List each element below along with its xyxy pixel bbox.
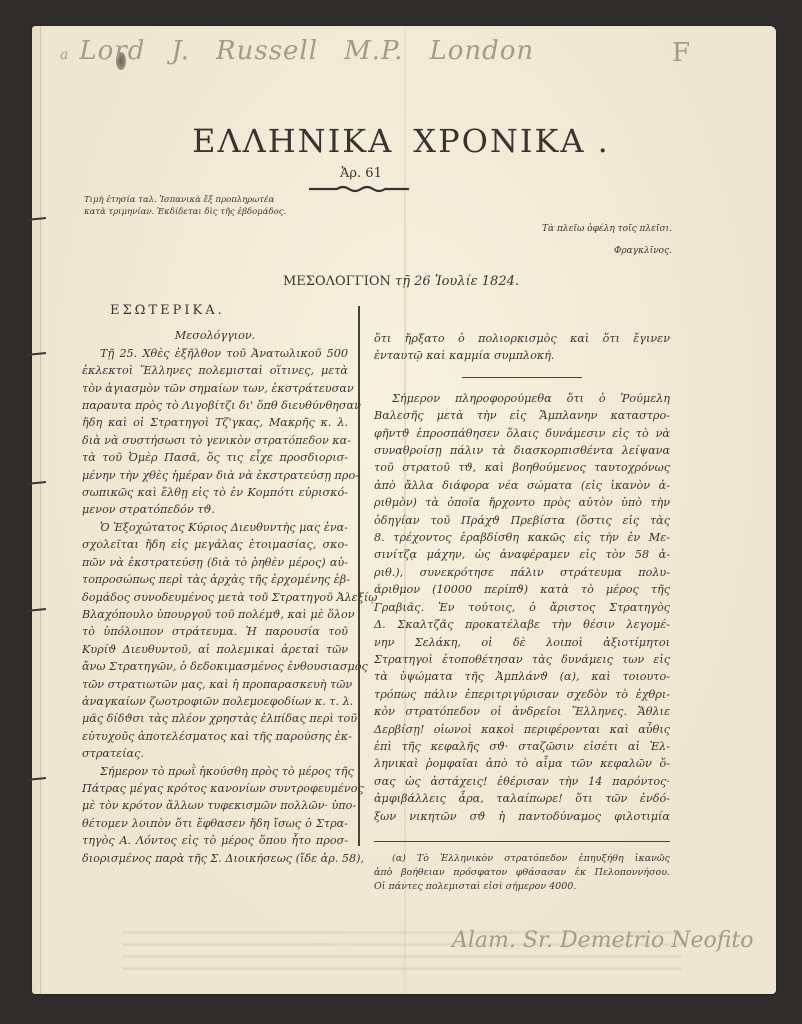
text-line: ἐκλεκτοὶ Ἕλληνες πολεμισταὶ οἵτινες, μετ… — [82, 362, 348, 379]
text-line: ἀναγκαίων ζωοτροφιῶν πολεμοεφοδίων κ. τ.… — [82, 693, 348, 710]
footnote-line: Οἱ πάντες πολεμισταὶ εἰσὶ σήμερον 4000. — [374, 880, 670, 894]
price-line: Τιμὴ ἐτησία ταλ. Ἰσπανικὰ ἕξ προπληρωτέα — [84, 194, 286, 206]
hw-word: J. — [171, 36, 190, 66]
text-line: Σήμερον τὸ πρωῒ ἠκούσθη πρὸς τὸ μέρος τῆ… — [82, 763, 348, 780]
text-line: ριθμὸν) τὰ ὁποῖα ἤρχοντο πρὸς αὐτὸν ὑπὸ … — [374, 494, 670, 511]
hw-word: Lord — [79, 36, 145, 66]
text-line: Γραβιᾶς. Ἐν τούτοις, ὁ ἄριστος Στρατηγὸς — [374, 599, 670, 616]
text-line: Πάτρας μέγας κρότος κανονίων συντροφευμέ… — [82, 780, 348, 797]
text-line: παραυτα πρὸς τὸ Λιγοβίτζι δι' ὅπθ διευθύ… — [82, 397, 348, 414]
text-line: Στρατηγοὶ ἐτοποθέτησαν τὰς δυνάμεις των … — [374, 651, 670, 668]
text-line: άριθμον (10000 περίπϑ) κατὰ τὸ μέρος τῆς — [374, 581, 670, 598]
text-line: ὁδηγίαν τοῦ Πράχϑ Πρεβίστα (ὅστις εἰς τὰ… — [374, 512, 670, 529]
motto: Τὰ πλεῖω ὀφέλη τοῖς πλεῖσι. Φραγκλῖνος. — [542, 218, 672, 262]
text-line: συναθροίσῃ πάλιν τὰ διασκορπισθέντα λείψ… — [374, 442, 670, 459]
text-line: ἐπὶ τῆς κεφαλῆς σϑ· σταζῶσιν εἰσέτι αἱ Ἑ… — [374, 738, 670, 755]
text-line: σινίτζᾳ μάχην, ὡς ἀναφέραμεν εἰς τὸν 58 … — [374, 546, 670, 563]
text-line: Βλαχόπουλο ὑπουργοῦ τοῦ πολέμϑ, καὶ μὲ ὅ… — [82, 606, 348, 623]
text-line: Σήμερον πληροφορούμεθα ὅτι ὁ Ῥούμελη — [374, 390, 670, 407]
text-line: τῶν στρατιωτῶν μας, καὶ ἡ προπαρασκευὴ τ… — [82, 676, 348, 693]
subheading: Μεσολόγγιον. — [82, 327, 348, 344]
text-line: στρατείας. — [82, 745, 348, 762]
column-rule — [358, 306, 360, 846]
text-line: πῶν νὰ ἐκστρατεύσῃ (διὰ τὸ ῥηθὲν μέρος) … — [82, 554, 348, 571]
text-line: 8. τρέχοντος ἐραβδίσθη κακῶς εἰς τὴν ἐν … — [374, 529, 670, 546]
text-line: τὰ τοῦ Ὀμὲρ Πασᾶ, ὅς τις εἶχε προσδιορισ… — [82, 449, 348, 466]
text-line: ἀπὸ ἄλλα διάφορα νέα σώματα (εἰς ἱκανὸν … — [374, 477, 670, 494]
price-line: κατὰ τριμηνίαν. Ἐκδίδεται δὶς τῆς ἑβδομά… — [84, 206, 286, 218]
text-line: σχολεῖται ἤδη εἰς μεγάλας ἑτοιμασίας, σκ… — [82, 536, 348, 553]
binding-stitch — [26, 217, 46, 221]
text-line: κὸν στρατόπεδον οἱ ἀνδρεῖοι Ἕλληνες. Ἄθλ… — [374, 703, 670, 720]
text-line: τὸ ὑπόλοιπον στράτευμα. Ἡ παρουσία τοῦ — [82, 623, 348, 640]
text-line: τὸν ἁγιασμὸν τῶν σημαίων των, ἐκστράτευσ… — [82, 380, 348, 397]
text-line: δομάδος συνοδευμένος μετὰ τοῦ Στρατηγοῦ … — [82, 589, 348, 606]
text-line: μᾶς δίδϑσι τὰς πλέον χρηστὰς ἐλπίδας περ… — [82, 710, 348, 727]
text-line: Τῇ 25. Χθὲς ἐξῆλθον τοῦ Ἀνατωλικοῦ 500 — [82, 345, 348, 362]
text-line: σας ὡς ἀστάχεις! ἐθέρισαν τὴν 14 παρόντο… — [374, 773, 670, 790]
page-edge-line — [40, 26, 41, 994]
footnote-line: ἀπὸ βοήθειαν πρόσφατον φθάσασαν ἐκ Πελοπ… — [374, 866, 670, 880]
handwritten-mark: F — [672, 38, 690, 68]
footnote-divider — [374, 841, 670, 842]
text-line: μένην τὴν χθὲς ἡμέραν διὰ νὰ ἐκστρατεύσῃ… — [82, 467, 348, 484]
text-line: τοπροσώπως περὶ τὰς ἀρχὰς τῆς ἐρχομένης … — [82, 571, 348, 588]
text-line: ριθ.), συνεκρότησε πάλιν στράτευμα πολυ- — [374, 564, 670, 581]
text-line: φῆντϑ ἐπροσπάθησεν ὅλαις δυνάμεσιν εἰς τ… — [374, 425, 670, 442]
handwritten-signature: Alam. Sr. Demetrio Neofito — [452, 928, 754, 953]
text-line: ἀμφιβάλλεις ἆρα, ταλαίπωρε! ὅτι τῶν ἐνδό… — [374, 790, 670, 807]
text-line: διορισμένος παρὰ τῆς Σ. Διοικήσεως (ἴδε … — [82, 850, 348, 867]
text-line: μενον στρατόπεδόν τϑ. — [82, 501, 348, 518]
price-note: Τιμὴ ἐτησία ταλ. Ἰσπανικὰ ἕξ προπληρωτέα… — [84, 194, 286, 218]
text-line: ὅτι ἤρξατο ὁ πολιορκισμὸς καὶ ὅτι ἔγινεν — [374, 330, 670, 347]
dateline: ΜΕΣΟΛΟΓΓΙΟΝ τῇ 26 Ἰουλίε 1824. — [0, 274, 802, 289]
binding-stitch — [26, 608, 46, 612]
binding-stitch — [26, 481, 46, 485]
binding-stitch — [26, 777, 46, 781]
motto-author: Φραγκλῖνος. — [542, 240, 672, 262]
text-line: διὰ νὰ συστήσωσι τὸ γενικὸν στρατόπεδον … — [82, 432, 348, 449]
handwritten-address: aLordJ.RussellM.P.London — [60, 36, 560, 66]
text-line: τὰ ὑψώματα τῆς Ἀμπλάνϑ (α), καὶ τοιουτο- — [374, 668, 670, 685]
footnote: (α) Τὸ Ἑλληνικὸν στρατόπεδον ἐπηυξήθη ἱκ… — [374, 852, 670, 894]
masthead-word: ΕΛΛΗΝΙΚΑ — [192, 122, 393, 160]
text-line: θέτομεν λοιπὸν ὅτι ἔφθασεν ἤδη ἴσως ὁ Στ… — [82, 815, 348, 832]
hw-prefix: a — [60, 47, 69, 63]
text-line: ἤδη καὶ οἱ Στρατηγοὶ Τζ'γκας, Μακρῆς κ. … — [82, 414, 348, 431]
dateline-place: ΜΕΣΟΛΟΓΓΙΟΝ — [283, 274, 391, 289]
section-title: ΕΣΩΤΕΡΙΚΑ. — [82, 302, 348, 319]
masthead-title: ΕΛΛΗΝΙΚΑΧΡΟΝΙΚΑ . — [0, 122, 802, 160]
hw-word: M.P. — [344, 36, 403, 66]
text-line: εὐτυχοῦς ἀποτελέσματος καὶ τῆς παρούσης … — [82, 728, 348, 745]
text-line: ἄνω Στρατηγῶν, ὁ δεδοκιμασμένος ἐνθουσια… — [82, 658, 348, 675]
text-line: τοῦ στρατοῦ τϑ, καὶ βοηθούμενος ταυτοχρό… — [374, 459, 670, 476]
dateline-date: τῇ 26 Ἰουλίε 1824. — [395, 274, 519, 289]
footnote-line: (α) Τὸ Ἑλληνικὸν στρατόπεδον ἐπηυξήθη ἱκ… — [374, 852, 670, 866]
text-line: σωπικῶς καὶ ἔλθῃ εἰς τὸ ἐν Κομπότι εὑρισ… — [82, 484, 348, 501]
text-line: Κυρίϑ Διευθυντοῦ, αἱ πολεμικαὶ ἀρεταὶ τῶ… — [82, 641, 348, 658]
text-line: Ὁ Ἐξοχώτατος Κύριος Διευθυντὴς μας ἐνα- — [82, 519, 348, 536]
text-line: τηγὸς Α. Λόντος εἰς τὸ μέρος ὅπου ἦτο πρ… — [82, 832, 348, 849]
binding-stitch — [26, 352, 46, 356]
text-line: ξων νικητῶν σϑ ἡ παντοδύναμος φιλοτιμία — [374, 808, 670, 825]
hw-word: London — [429, 36, 534, 66]
text-line: μὲ τὸν κρότον ἄλλων τυφεκισμῶν πολλῶν· ὑ… — [82, 797, 348, 814]
section-divider — [462, 377, 582, 378]
text-line: τρόπως πάλιν ἐπεριτριγύρισαν σχεδὸν τὸ ἐ… — [374, 686, 670, 703]
text-line: Δ. Σκαλτζᾶς προκατέλαβε τὴν θέσιν λεγομέ… — [374, 616, 670, 633]
text-line: νην Σελάκη, οἱ δὲ λοιποὶ ἀξιοτίμητοι — [374, 634, 670, 651]
left-column: ΕΣΩΤΕΡΙΚΑ. Μεσολόγγιον. Τῇ 25. Χθὲς ἐξῆλ… — [82, 300, 348, 867]
ornament-rule-icon — [309, 184, 409, 194]
masthead-word: ΧΡΟΝΙΚΑ . — [413, 122, 610, 160]
text-line: Δερβίσῃ! οἰωνοὶ κακοὶ περιφέρονται καὶ α… — [374, 721, 670, 738]
text-line: ληνικαὶ ῥομφαῖαι ἀπὸ τὸ αἷμα τῶν κεφαλῶν… — [374, 755, 670, 772]
right-column: ὅτι ἤρξατο ὁ πολιορκισμὸς καὶ ὅτι ἔγινεν… — [374, 300, 670, 894]
text-line: Βαλεσῆς μετὰ τὴν εἰς Ἄμπλανην καταστρο- — [374, 407, 670, 424]
issue-number: Ἀρ. 61 — [340, 166, 382, 181]
hw-word: Russell — [216, 36, 318, 66]
text-line: ἐνταυτῷ καὶ καμμία συμπλοκή. — [374, 347, 670, 364]
motto-text: Τὰ πλεῖω ὀφέλη τοῖς πλεῖσι. — [542, 218, 672, 240]
